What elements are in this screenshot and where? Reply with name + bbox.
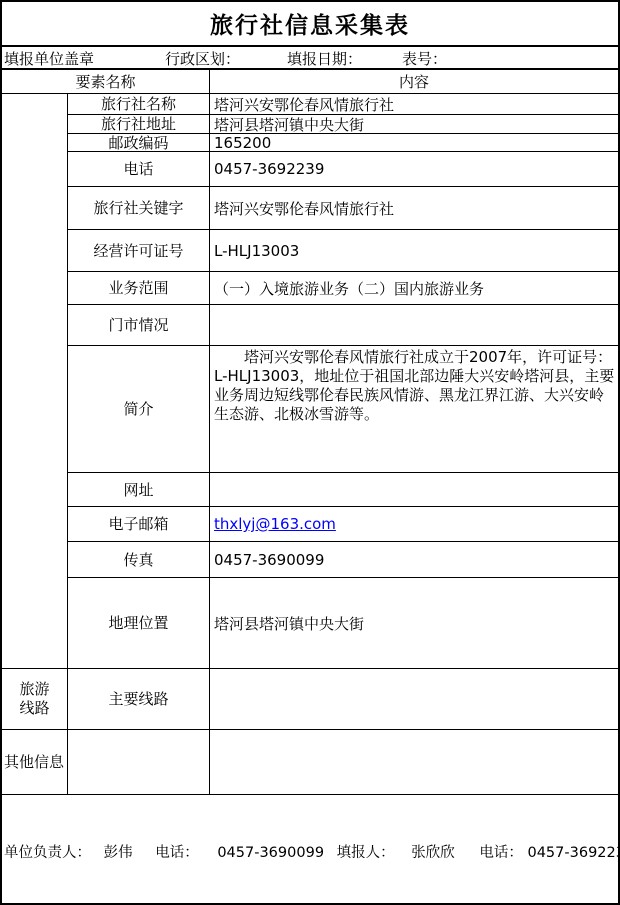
travel-agency-form: 旅行社信息采集表 填报单位盖章 行政区划： 填报日期： 表号： 要素名称 内容 …: [0, 0, 620, 905]
phone-label: 电话: [68, 152, 210, 186]
storefront-label: 门市情况: [68, 305, 210, 345]
filler-phone: 0457-3692239: [527, 845, 620, 861]
table-row: 电话 0457-3692239: [68, 152, 618, 187]
form-no-label: 表号：: [402, 48, 447, 69]
license-number-label: 经营许可证号: [68, 230, 210, 271]
agency-address-value: 塔河县塔河镇中央大街: [210, 115, 618, 133]
manager-name: 彭伟: [104, 841, 133, 862]
other-info-middle-cell: [68, 730, 210, 794]
agency-keyword-label: 旅行社关键字: [68, 187, 210, 229]
agency-name-label: 旅行社名称: [68, 94, 210, 114]
table-row: 旅行社地址 塔河县塔河镇中央大街: [68, 115, 618, 134]
fax-label: 传真: [68, 542, 210, 577]
table-row: 经营许可证号 L-HLJ13003: [68, 230, 618, 272]
form-header-row: 填报单位盖章 行政区划： 填报日期： 表号：: [2, 47, 618, 70]
manager-phone-label: 电话：: [155, 841, 199, 862]
email-label: 电子邮箱: [68, 507, 210, 541]
phone-value: 0457-3692239: [210, 152, 618, 186]
form-title: 旅行社信息采集表: [2, 2, 618, 47]
other-info-label: 其他信息: [2, 730, 68, 794]
license-number-value: L-HLJ13003: [210, 230, 618, 271]
postal-code-label: 邮政编码: [68, 134, 210, 151]
table-row: 传真 0457-3690099: [68, 542, 618, 578]
table-row: 门市情况: [68, 305, 618, 346]
table-row: 旅行社名称 塔河兴安鄂伦春风情旅行社: [68, 94, 618, 115]
email-link[interactable]: thxlyj@163.com: [214, 515, 336, 533]
storefront-value: [210, 305, 618, 345]
footer-row: 单位负责人： 彭伟 电话： 0457-3690099 填报人： 张欣欣 电话： …: [2, 795, 618, 903]
column-header-element-name: 要素名称: [2, 70, 210, 93]
filler-name: 张欣欣: [411, 841, 455, 862]
table-row: 网址: [68, 473, 618, 507]
fax-value: 0457-3690099: [210, 542, 618, 577]
agency-keyword-value: 塔河兴安鄂伦春风情旅行社: [210, 187, 618, 229]
date-label: 填报日期：: [287, 48, 362, 69]
column-header-row: 要素名称 内容: [2, 70, 618, 94]
other-info-value: [210, 730, 618, 794]
table-row: 旅行社关键字 塔河兴安鄂伦春风情旅行社: [68, 187, 618, 230]
introduction-label: 简介: [68, 346, 210, 472]
routes-group-label: 旅游 线路: [2, 669, 68, 729]
introduction-value: 塔河兴安鄂伦春风情旅行社成立于2007年，许可证号：L-HLJ13003，地址位…: [210, 346, 618, 472]
column-header-content: 内容: [210, 70, 618, 93]
manager-label: 单位负责人：: [4, 841, 91, 862]
website-label: 网址: [68, 473, 210, 506]
table-row: 地理位置 塔河县塔河镇中央大街: [68, 578, 618, 668]
table-row: 电子邮箱 thxlyj@163.com: [68, 507, 618, 542]
agency-name-value: 塔河兴安鄂伦春风情旅行社: [210, 94, 618, 114]
website-value: [210, 473, 618, 506]
left-group-spacer-cell: [2, 94, 68, 668]
main-routes-label: 主要线路: [68, 669, 210, 729]
filler-phone-label: 电话：: [479, 841, 523, 862]
form-body: 旅行社名称 塔河兴安鄂伦春风情旅行社 旅行社地址 塔河县塔河镇中央大街 邮政编码…: [2, 94, 618, 668]
stamp-label: 填报单位盖章: [4, 48, 94, 69]
introduction-text: 塔河兴安鄂伦春风情旅行社成立于2007年，许可证号：L-HLJ13003，地址位…: [214, 348, 618, 424]
filler-label: 填报人：: [337, 841, 395, 862]
agency-address-label: 旅行社地址: [68, 115, 210, 133]
routes-row: 旅游 线路 主要线路: [2, 668, 618, 730]
geo-location-label: 地理位置: [68, 578, 210, 668]
postal-code-value: 165200: [210, 134, 618, 151]
table-row: 简介 塔河兴安鄂伦春风情旅行社成立于2007年，许可证号：L-HLJ13003，…: [68, 346, 618, 473]
geo-location-value: 塔河县塔河镇中央大街: [210, 578, 618, 668]
business-scope-label: 业务范围: [68, 272, 210, 304]
table-row: 业务范围 （一）入境旅游业务（二）国内旅游业务: [68, 272, 618, 305]
business-scope-value: （一）入境旅游业务（二）国内旅游业务: [210, 272, 618, 304]
manager-phone: 0457-3690099: [217, 845, 324, 861]
region-label: 行政区划：: [165, 48, 240, 69]
email-value: thxlyj@163.com: [210, 507, 618, 541]
main-routes-value: [210, 669, 618, 729]
table-row: 邮政编码 165200: [68, 134, 618, 152]
other-info-row: 其他信息: [2, 730, 618, 795]
